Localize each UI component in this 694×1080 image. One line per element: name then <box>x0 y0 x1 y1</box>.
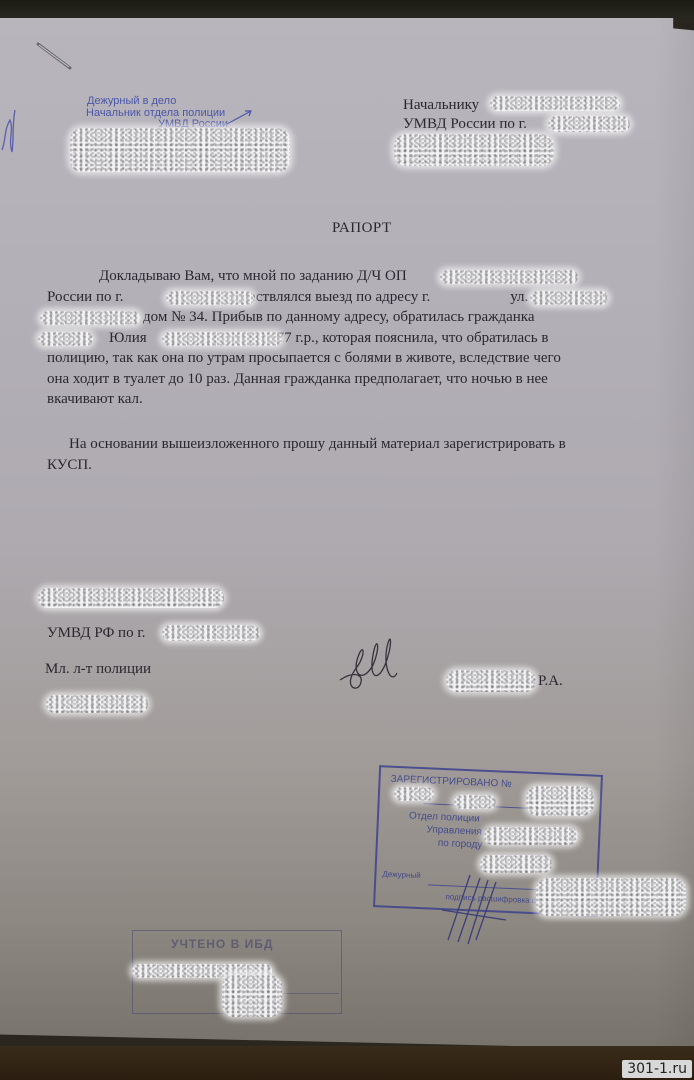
redacted-addressee-city <box>548 116 630 132</box>
paragraph-line: она ходит в туалет до 10 раз. Данная гра… <box>47 369 484 390</box>
redacted-street <box>40 311 140 325</box>
redacted-duty-officer <box>536 878 686 916</box>
redacted-city <box>166 291 254 305</box>
ibd-stamp-label: УЧТЕНО В ИБД <box>171 937 273 951</box>
pen-mark-icon <box>36 42 76 72</box>
redacted-city-2 <box>530 291 608 305</box>
redacted-stamp-dept <box>484 827 578 845</box>
report-paragraph-2: На основании вышеизложенного прошу данны… <box>47 434 484 475</box>
redacted-patronymic <box>162 332 282 346</box>
signature-rank: Мл. л-т полиции <box>45 660 151 678</box>
redacted-reg-date <box>454 795 496 809</box>
paragraph-line: полицию, так как она по утрам просыпаетс… <box>47 348 484 369</box>
redacted-resolution <box>70 128 290 172</box>
paragraph-line: На основании вышеизложенного прошу данны… <box>47 434 484 455</box>
redacted-addressee-name <box>490 96 620 111</box>
stamp-duty-label: Дежурный <box>382 869 421 880</box>
redacted-stamp-city <box>480 855 552 873</box>
redacted-extra <box>46 695 148 713</box>
paragraph-line: России по г.осуществлялся выезд по адрес… <box>47 287 484 308</box>
redacted-unit-city <box>162 625 260 641</box>
paragraph-line: Докладываю Вам, что мной по заданию Д/Ч … <box>47 266 484 287</box>
resolution-arrow-icon <box>225 108 255 128</box>
addressee-line-2: УМВД России по г. <box>403 115 527 133</box>
redacted-addressee-extra <box>394 134 554 166</box>
signature-scribble-icon <box>335 625 425 695</box>
desk-background-bottom <box>0 1046 694 1080</box>
addressee-line-1: Начальнику <box>403 96 479 114</box>
stamp-rule <box>283 993 339 994</box>
redacted-position <box>38 588 224 608</box>
paragraph-line: вкачивают кал. <box>47 389 484 410</box>
redacted-reg-number <box>394 787 434 801</box>
margin-handwriting-icon <box>0 100 20 160</box>
redacted-surname <box>38 332 93 346</box>
signature-initials: Р.А. <box>538 672 563 690</box>
resolution-line-1: Дежурный в дело <box>87 95 176 107</box>
document-title: РАПОРТ <box>332 220 392 237</box>
redacted-department <box>440 270 578 284</box>
stamp-line-1: Отдел полиции <box>409 811 480 825</box>
redacted-officer-surname <box>446 670 536 692</box>
stamp-signature-icon <box>440 870 510 950</box>
site-watermark: 301-1.ru <box>622 1060 692 1078</box>
stamp-line-3: по городу <box>438 838 483 851</box>
redacted-reg-year <box>526 786 594 816</box>
signature-unit: УМВД РФ по г. <box>47 624 146 642</box>
paragraph-line: КУСП. <box>47 455 484 476</box>
redacted-ibd-info-2 <box>222 975 282 1017</box>
